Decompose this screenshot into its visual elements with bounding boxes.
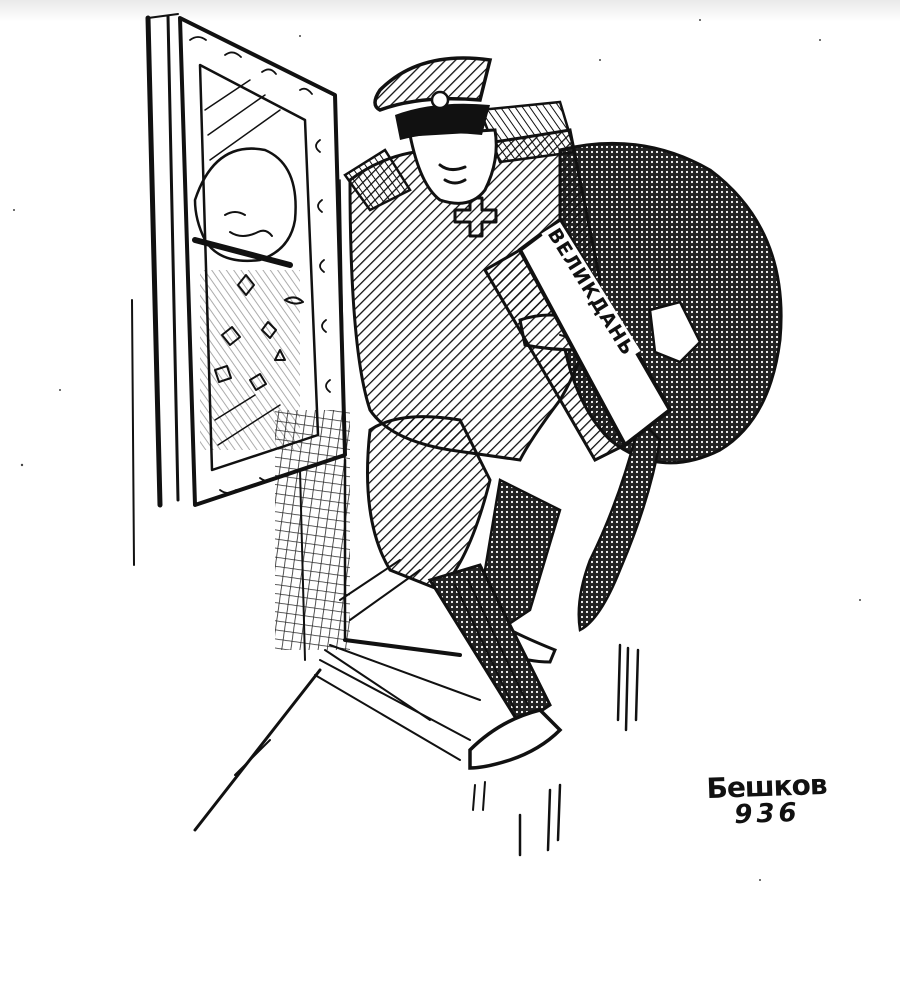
artist-signature: Бешков 936 bbox=[691, 769, 843, 831]
cartoon-page: ВЕЛИКДАНЬ Бешков 936 bbox=[0, 0, 900, 992]
cartoon-drawing bbox=[0, 0, 900, 992]
